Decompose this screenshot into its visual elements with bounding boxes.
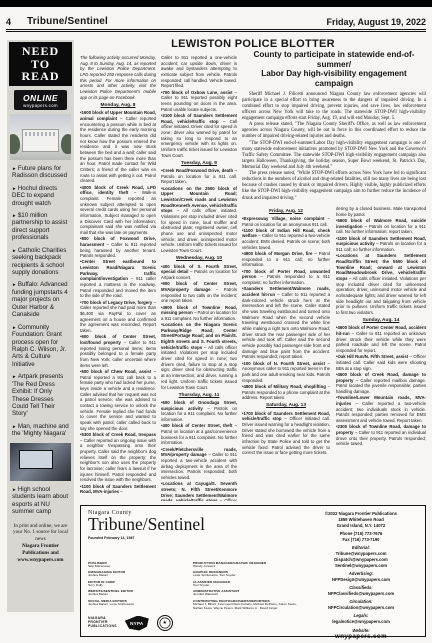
article-paragraph: The press release noted, "While STOP-DWI…	[242, 171, 426, 202]
staff-entry: CLASSIFIED MANAGERToni Snyder	[193, 580, 299, 588]
sidebar-footer: In print and online, we are your No. 1 s…	[11, 523, 70, 564]
staff-entry: PUBLISHERSkip Mazenauer	[88, 561, 186, 569]
blotter-item-lead: •4800 block of Morgan Drive, fire	[242, 251, 314, 256]
article-paragraph: "The STOP-DWI end-of-summer/Labor Day hi…	[242, 141, 426, 172]
blotter-item-lead: •2100 block of Saunders Settlement Road,…	[161, 113, 237, 124]
contact-group: Legals:legalnotice@wnypapers.com	[301, 613, 421, 625]
masthead-box: Niagara County Tribune/Sentinel Founded …	[80, 505, 426, 637]
staff-names: Lexie Spiritosanto, Toni Snyder	[193, 574, 299, 578]
blotter-item-lead: •1700 block of Saunders Settlement Road,…	[242, 411, 330, 422]
sidebar-story: ► Buffalo: Advanced funding jumpstarts 4…	[12, 281, 69, 318]
article-title-line1: County to participate in statewide end-o…	[242, 50, 426, 69]
contact-line: NFPDesign@wnypapers.com	[301, 577, 421, 583]
contact-line: Fax (716) 773-7190	[301, 537, 421, 543]
sidebar-story: ► $10 million partnership to assist dire…	[12, 212, 69, 242]
blotter-item-lead: •Locations on the Niagara Scenic Parkway…	[161, 322, 237, 350]
blotter-item-lead: •600 block of Center Street, lost/found …	[80, 334, 156, 345]
blotter-item-lead: •2300 block of Townline Road, damage to …	[336, 424, 426, 435]
sidebar-story-label: $10 million partnership to assist direct…	[12, 212, 67, 241]
blotter-item-lead: •Townline/Lower Mountain roads, MVA-inju…	[336, 395, 426, 406]
blotter-item-lead: •Locations at Saunders Settlement Road/G…	[336, 253, 426, 281]
day-heading: Saturday, Aug. 13	[242, 403, 330, 409]
seal-star-icon: ★	[163, 620, 167, 626]
sidebar-story-list: ► Future plans for Radisson discussed► H…	[7, 165, 74, 438]
article-body: Sheriff Michael J. Filicetti announced N…	[242, 92, 426, 202]
page-top-black-strip	[0, 0, 432, 7]
staff-names: Terry Duffy	[88, 584, 186, 588]
day-heading: Wednesday, Aug. 10	[161, 256, 237, 262]
blotter-item-lead: •4600 block of Porter Center Road, accid…	[336, 325, 426, 336]
blotter-item: •900 block of Center Street, MVA/propert…	[161, 281, 237, 304]
blotter-item: •400 block of S. Fourth Street, special …	[161, 264, 237, 281]
masthead-name: Tribune/Sentinel	[88, 516, 298, 534]
sidebar-story-label: Catholic Charities seeking backpack reci…	[12, 247, 66, 276]
page-header: 4 Tribune/Sentinel Friday, August 19, 20…	[6, 10, 426, 32]
nfp-logo-line: PUBLICATIONS	[88, 625, 117, 629]
blotter-item-lead: •800 block of Foxwood Drive, harassment	[80, 236, 156, 247]
masthead-staff-col-b: PRODUCTION MANAGER/GRAPHIC DESIGNERWendy…	[193, 561, 299, 633]
blotter-item: •1700 block of Saunders Settlement Road,…	[242, 411, 330, 456]
blotter-item-lead: •5300 block of Creek Road, trespass	[80, 432, 156, 437]
day-heading: Monday, Aug. 8	[80, 103, 156, 109]
blotter-col-4: dering by a closed business. Male transp…	[336, 206, 426, 502]
blotter-col-3: Friday, Aug. 12•Expressway Village, nois…	[242, 206, 330, 502]
blotter-item: •4600 block of Porter Center Road, accid…	[336, 325, 426, 353]
blotter-item-lead: •Saunders Settlement/Walmore roads, acci…	[242, 286, 330, 297]
blotter-item: •1600 block of Upper Mountain Road, anim…	[80, 110, 156, 184]
article-paragraph: Sheriff Michael J. Filicetti announced N…	[242, 92, 426, 123]
blotter-item-lead: •400 block of S. Fourth Street, special …	[161, 264, 237, 275]
blotter-col-1: The following activity occurred Monday, …	[80, 55, 156, 501]
blotter-item-lead: •5600 block of Walmore Road, suicide inv…	[336, 218, 426, 229]
blotter-item: •1100 block of Saunders Settlement Road,…	[80, 484, 156, 495]
staff-entry: GRAPHIC DESIGNERSLexie Spiritosanto, Ton…	[193, 570, 299, 578]
blotter-item-lead: •4600 block of Creek Road, damage to pro…	[336, 372, 426, 383]
day-heading: Sunday, Aug. 14	[336, 318, 426, 324]
blotter-item-lead: •1100 block of Indian Hill Road, check w…	[242, 228, 330, 239]
contact-group: Classifieds:NFPClassifieds@wnypapers.com	[301, 585, 421, 597]
blotter-item: •4600 block of Creek Road, damage to pro…	[336, 372, 426, 395]
page-number: 4	[6, 17, 11, 27]
sidebar-story-label: Artpark presents 'The Red Dress Exhibit:…	[12, 373, 63, 417]
need-to-read-title: NEED TO READ	[9, 42, 72, 86]
tree-shape	[10, 134, 20, 154]
blotter-item: •Creek/Pletchersville roads, MVA/propert…	[161, 447, 237, 481]
masthead-brand: Niagara County Tribune/Sentinel Founded …	[88, 510, 298, 540]
blotter-item: •100 block of N. Fourth Street, assist –…	[242, 361, 330, 384]
blotter-item: •4800 block of Military Road, shopliftin…	[242, 384, 330, 401]
contact-group: Advertising:NFPDesign@wnypapers.com	[301, 571, 421, 583]
sidebar-story: ► Future plans for Radisson discussed	[12, 165, 69, 180]
computer-screen-shape	[19, 450, 53, 470]
blotter-item-lead: •Locations at Cayuga/S. Seventh streets;…	[161, 481, 237, 501]
staff-names: Wendy Jurewicz	[193, 565, 299, 569]
blotter-item: •700 block of Oxbow Lane, assist – Calle…	[161, 90, 237, 113]
publication-name: Tribune/Sentinel	[27, 16, 108, 27]
day-heading: Thursday, Aug. 11	[161, 393, 237, 399]
blotter-item: •2100 block of Saunders Settlement Road,…	[161, 113, 237, 158]
masthead-founded: Founded February 14, 1987	[88, 536, 298, 540]
esports-camp-photo	[10, 443, 71, 481]
blotter-item: •5300 block of Creek Road, trespass – Ca…	[80, 432, 156, 483]
blotter-item-lead: •700 block of Porter Road, unwanted pers…	[242, 269, 330, 280]
blotter-item: •Expressway Village, noise complaint – P…	[242, 216, 330, 227]
blotter-item: •2300 block of Townline Road, damage to …	[336, 424, 426, 447]
issue-date: Friday, August 19, 2022	[326, 17, 426, 27]
blotter-item-lead: •Expressway Village, noise complaint	[242, 216, 328, 221]
sidebar-footer-note: In print and online, we are your No. 1 s…	[11, 523, 70, 544]
contact-line: legalnotice@wnypapers.com	[301, 619, 421, 625]
staff-entry: ADMINISTRATIVE ASSISTANTJennifer Wakowit…	[193, 589, 299, 597]
blotter-item: •Locations on the Niagara Scenic Parkway…	[161, 322, 237, 390]
sidebar-story-label: Hochul directs DEC to expand drought wat…	[12, 185, 57, 207]
blotter-title: LEWISTON POLICE BLOTTER	[80, 38, 426, 50]
blotter-item: •Center Street eastbound to Lewiston Roa…	[80, 259, 156, 299]
blotter-item: •600 block of Onondaga Street, suspiciou…	[161, 400, 237, 423]
blotter-item: •Creek Road/Foxwood Drive, death – Patro…	[161, 168, 237, 185]
blotter-item: •4000 block of Creek Road, LPD office, i…	[80, 185, 156, 236]
stop-dwi-article: County to participate in statewide end-o…	[242, 50, 426, 202]
article-paragraph: A press release stated, "The Niagara Cou…	[242, 122, 426, 140]
online-url: wnypapers.com	[15, 103, 66, 108]
blotter-item-lead: •1600 block of Upper Mountain Road, anim…	[80, 110, 156, 121]
contact-group: ©2022 Niagara Frontier Publications1859 …	[301, 511, 421, 529]
blotter-item-lead: •4900 block of Townline Road, missing pe…	[161, 305, 237, 316]
blotter-item: •4900 block of Townline Road, missing pe…	[161, 305, 237, 322]
staff-entry: WEBSITE/SENTINEL EDITORJoshua Maloni	[88, 589, 186, 597]
sidebar-story-label: Man, machine and the 'Mighty Niagara'	[12, 423, 69, 437]
sidebar-story-label: Community Foundation: Grant process open…	[12, 324, 66, 368]
blotter-item-lead: •700 block of Legacy Drive, forgery	[80, 300, 154, 305]
blotter-item: •Locations at Cayuga/S. Seventh streets;…	[161, 481, 237, 501]
staff-names: Skip Mazenauer	[88, 565, 186, 569]
blotter-item-lead: •Creek Road/Foxwood Drive, death	[161, 168, 235, 173]
blotter-item-lead: •900 block of Center Street, MVA/propert…	[161, 281, 237, 292]
blotter-item: •500 block of Chew Road, assist – Patrol…	[80, 369, 156, 431]
award-seal-logo: ★	[157, 615, 173, 631]
staff-entry: PRODUCTION MANAGER/GRAPHIC DESIGNERWendy…	[193, 561, 299, 569]
blotter-item-lead: •1100 block of Saunders Settlement Road,…	[80, 484, 156, 495]
blotter-continuation: Caller to 911 reported a one-vehicle acc…	[161, 55, 237, 89]
sidebar-story: ► Catholic Charities seeking backpack re…	[12, 247, 69, 277]
online-label: ONLINE	[15, 93, 66, 103]
blotter-item-lead: •Creek/Pletchersville roads, MVA/propert…	[161, 447, 237, 458]
blotter-col-2: Caller to 911 reported a one-vehicle acc…	[161, 55, 237, 501]
staff-names: Jennifer Wakowitz	[193, 593, 299, 597]
sidebar-footer-brand: Niagara Frontier Publications and www.wn…	[11, 543, 70, 564]
sidebar-story: ► Artpark presents 'The Red Dress Exhibi…	[12, 373, 69, 418]
sidebar-story: ► Man, machine and the 'Mighty Niagara'	[12, 423, 69, 438]
blotter-item: •400 block of Center Street, theft – Pat…	[161, 423, 237, 446]
staff-names: Toni Snyder	[193, 584, 299, 588]
blotter-item-lead: •4000 block of Creek Road, LPD office, i…	[80, 185, 156, 196]
blotter-item-lead: •Oak Hill Run/N. Fifth Street, assist	[336, 354, 410, 359]
blotter-item: •1100 block of Indian Hill Road, check w…	[242, 228, 330, 251]
contact-group: Website:wnypapers.com	[301, 628, 421, 643]
sidebar-story-label: High school students learn about esports…	[12, 486, 68, 515]
contact-group: Phone (716) 773-7676Fax (716) 773-7190	[301, 531, 421, 543]
masthead-contact: ©2022 Niagara Frontier Publications1859 …	[301, 511, 421, 643]
need-to-read-line1: NEED	[10, 45, 71, 58]
contact-line: Grand Island, N.Y. 14072	[301, 523, 421, 529]
blotter-intro: The following activity occurred Monday, …	[80, 55, 156, 100]
sidebar-story: ► High school students learn about espor…	[12, 486, 69, 516]
staff-entry: EDITOR IN CHIEFTerry Duffy	[88, 580, 186, 588]
sidebar-story: ► Community Foundation: Grant process op…	[12, 324, 69, 369]
day-heading: Tuesday, Aug. 9	[161, 161, 237, 167]
blotter-item: •Oak Hill Run/N. Fifth Street, assist – …	[336, 354, 426, 371]
nfp-logo: NIAGARA FRONTIER PUBLICATIONS	[88, 617, 117, 629]
blotter-item: •5600 block of Walmore Road, suicide inv…	[336, 218, 426, 235]
blotter-item: •Saunders Settlement/Walmore roads, acci…	[242, 286, 330, 360]
nypa-logo: NYPA	[125, 616, 149, 631]
blotter-item-lead: •Center Street eastbound to Lewiston Roa…	[80, 259, 156, 281]
blotter-item-lead: •100 block of N. Fourth Street, assist	[242, 361, 328, 366]
radisson-hotel-photo	[10, 114, 71, 160]
blotter-item-lead: •500 block of Chew Road, assist	[80, 369, 154, 374]
blotter-item-lead: •600 block of Onondaga Street, suspiciou…	[161, 400, 237, 411]
article-title-line2: Labor Day high-visibility engagement cam…	[242, 69, 426, 88]
masthead-logos: NIAGARA FRONTIER PUBLICATIONS NYPA ★	[88, 615, 198, 631]
blotter-item: •800 block of Foxwood Drive, harassment …	[80, 236, 156, 259]
staff-names: Joshua Maloni	[88, 574, 186, 578]
online-badge: ONLINE wnypapers.com	[14, 90, 67, 110]
article-title: County to participate in statewide end-o…	[242, 50, 426, 89]
blotter-item-lead: •400 block of Center Street, theft	[161, 423, 235, 428]
staff-names: Joshua Maloni	[88, 593, 186, 597]
staff-entry: SOCIAL MEDIA EDITORSJoshua Maloni, Lexie…	[88, 599, 186, 605]
blotter-item: •700 block of Porter Road, unwanted pers…	[242, 269, 330, 286]
need-to-read-line2: TO READ	[10, 58, 71, 83]
blotter-item: •Townline/Lower Mountain roads, MVA-inju…	[336, 395, 426, 423]
blotter-item: •Locations at Saunders Settlement Road/G…	[336, 253, 426, 315]
blotter-item: •1100 block of Saunders Settlement Road,…	[336, 236, 426, 253]
tree-shape	[61, 134, 71, 154]
blotter-item: •600 block of Center Street, lost/found …	[80, 334, 156, 368]
blotter-item: •Locations on the 2500 block of Upper Mo…	[161, 186, 237, 254]
contact-line: wnypapers.com	[301, 633, 421, 642]
contact-group: Editorial:Tribune@wnypapers.comDispatch@…	[301, 545, 421, 569]
blotter-item-lead: •Locations on the 2500 block of Upper Mo…	[161, 186, 237, 214]
staff-names: Joshua Maloni, Lexie Spiritosanto	[88, 603, 186, 605]
blotter-item-lead: •700 block of Oxbow Lane, assist	[161, 90, 235, 95]
contact-line: NFPClassifieds@wnypapers.com	[301, 591, 421, 597]
staff-entry: GM/MANAGING EDITORJoshua Maloni	[88, 570, 186, 578]
day-heading: Friday, Aug. 12	[242, 209, 330, 215]
staff-entry: CONTRIBUTING PHOTOGRAPHERS/REPORTERSMich…	[193, 599, 299, 611]
nypa-logo-text: NYPA	[130, 621, 143, 626]
masthead-staff-col-a: PUBLISHERSkip MazenauerGM/MANAGING EDITO…	[88, 561, 186, 605]
newspaper-page: 4 Tribune/Sentinel Friday, August 19, 20…	[0, 0, 432, 643]
need-to-read-sidebar: NEED TO READ ONLINE wnypapers.com ► Futu…	[7, 40, 74, 612]
contact-line: NFPCirculation@wnypapers.com	[301, 605, 421, 611]
contact-group: Circulation:NFPCirculation@wnypapers.com	[301, 599, 421, 611]
blotter-item-lead: •4800 block of Military Road, shopliftin…	[242, 384, 328, 389]
blotter-item: •4800 block of Morgan Drive, fire – Patr…	[242, 251, 330, 268]
staff-names: Michael J. Billoni, Kevin and Dawn Cobel…	[193, 603, 299, 611]
sidebar-story: ► Hochul directs DEC to expand drought w…	[12, 185, 69, 207]
blotter-item: •700 block of Legacy Drive, forgery – Ca…	[80, 300, 156, 334]
sidebar-story-label: Buffalo: Advanced funding jumpstarts 4 m…	[12, 281, 68, 318]
contact-line: Sentinel@wnypapers.com	[301, 563, 421, 569]
blotter-item-lead: •1100 block of Saunders Settlement Road,…	[336, 236, 426, 247]
sidebar-story-label: Future plans for Radisson discussed	[12, 165, 67, 179]
blotter-continuation: dering by a closed business. Male transp…	[336, 206, 426, 217]
hotel-windows-shape	[25, 132, 57, 136]
